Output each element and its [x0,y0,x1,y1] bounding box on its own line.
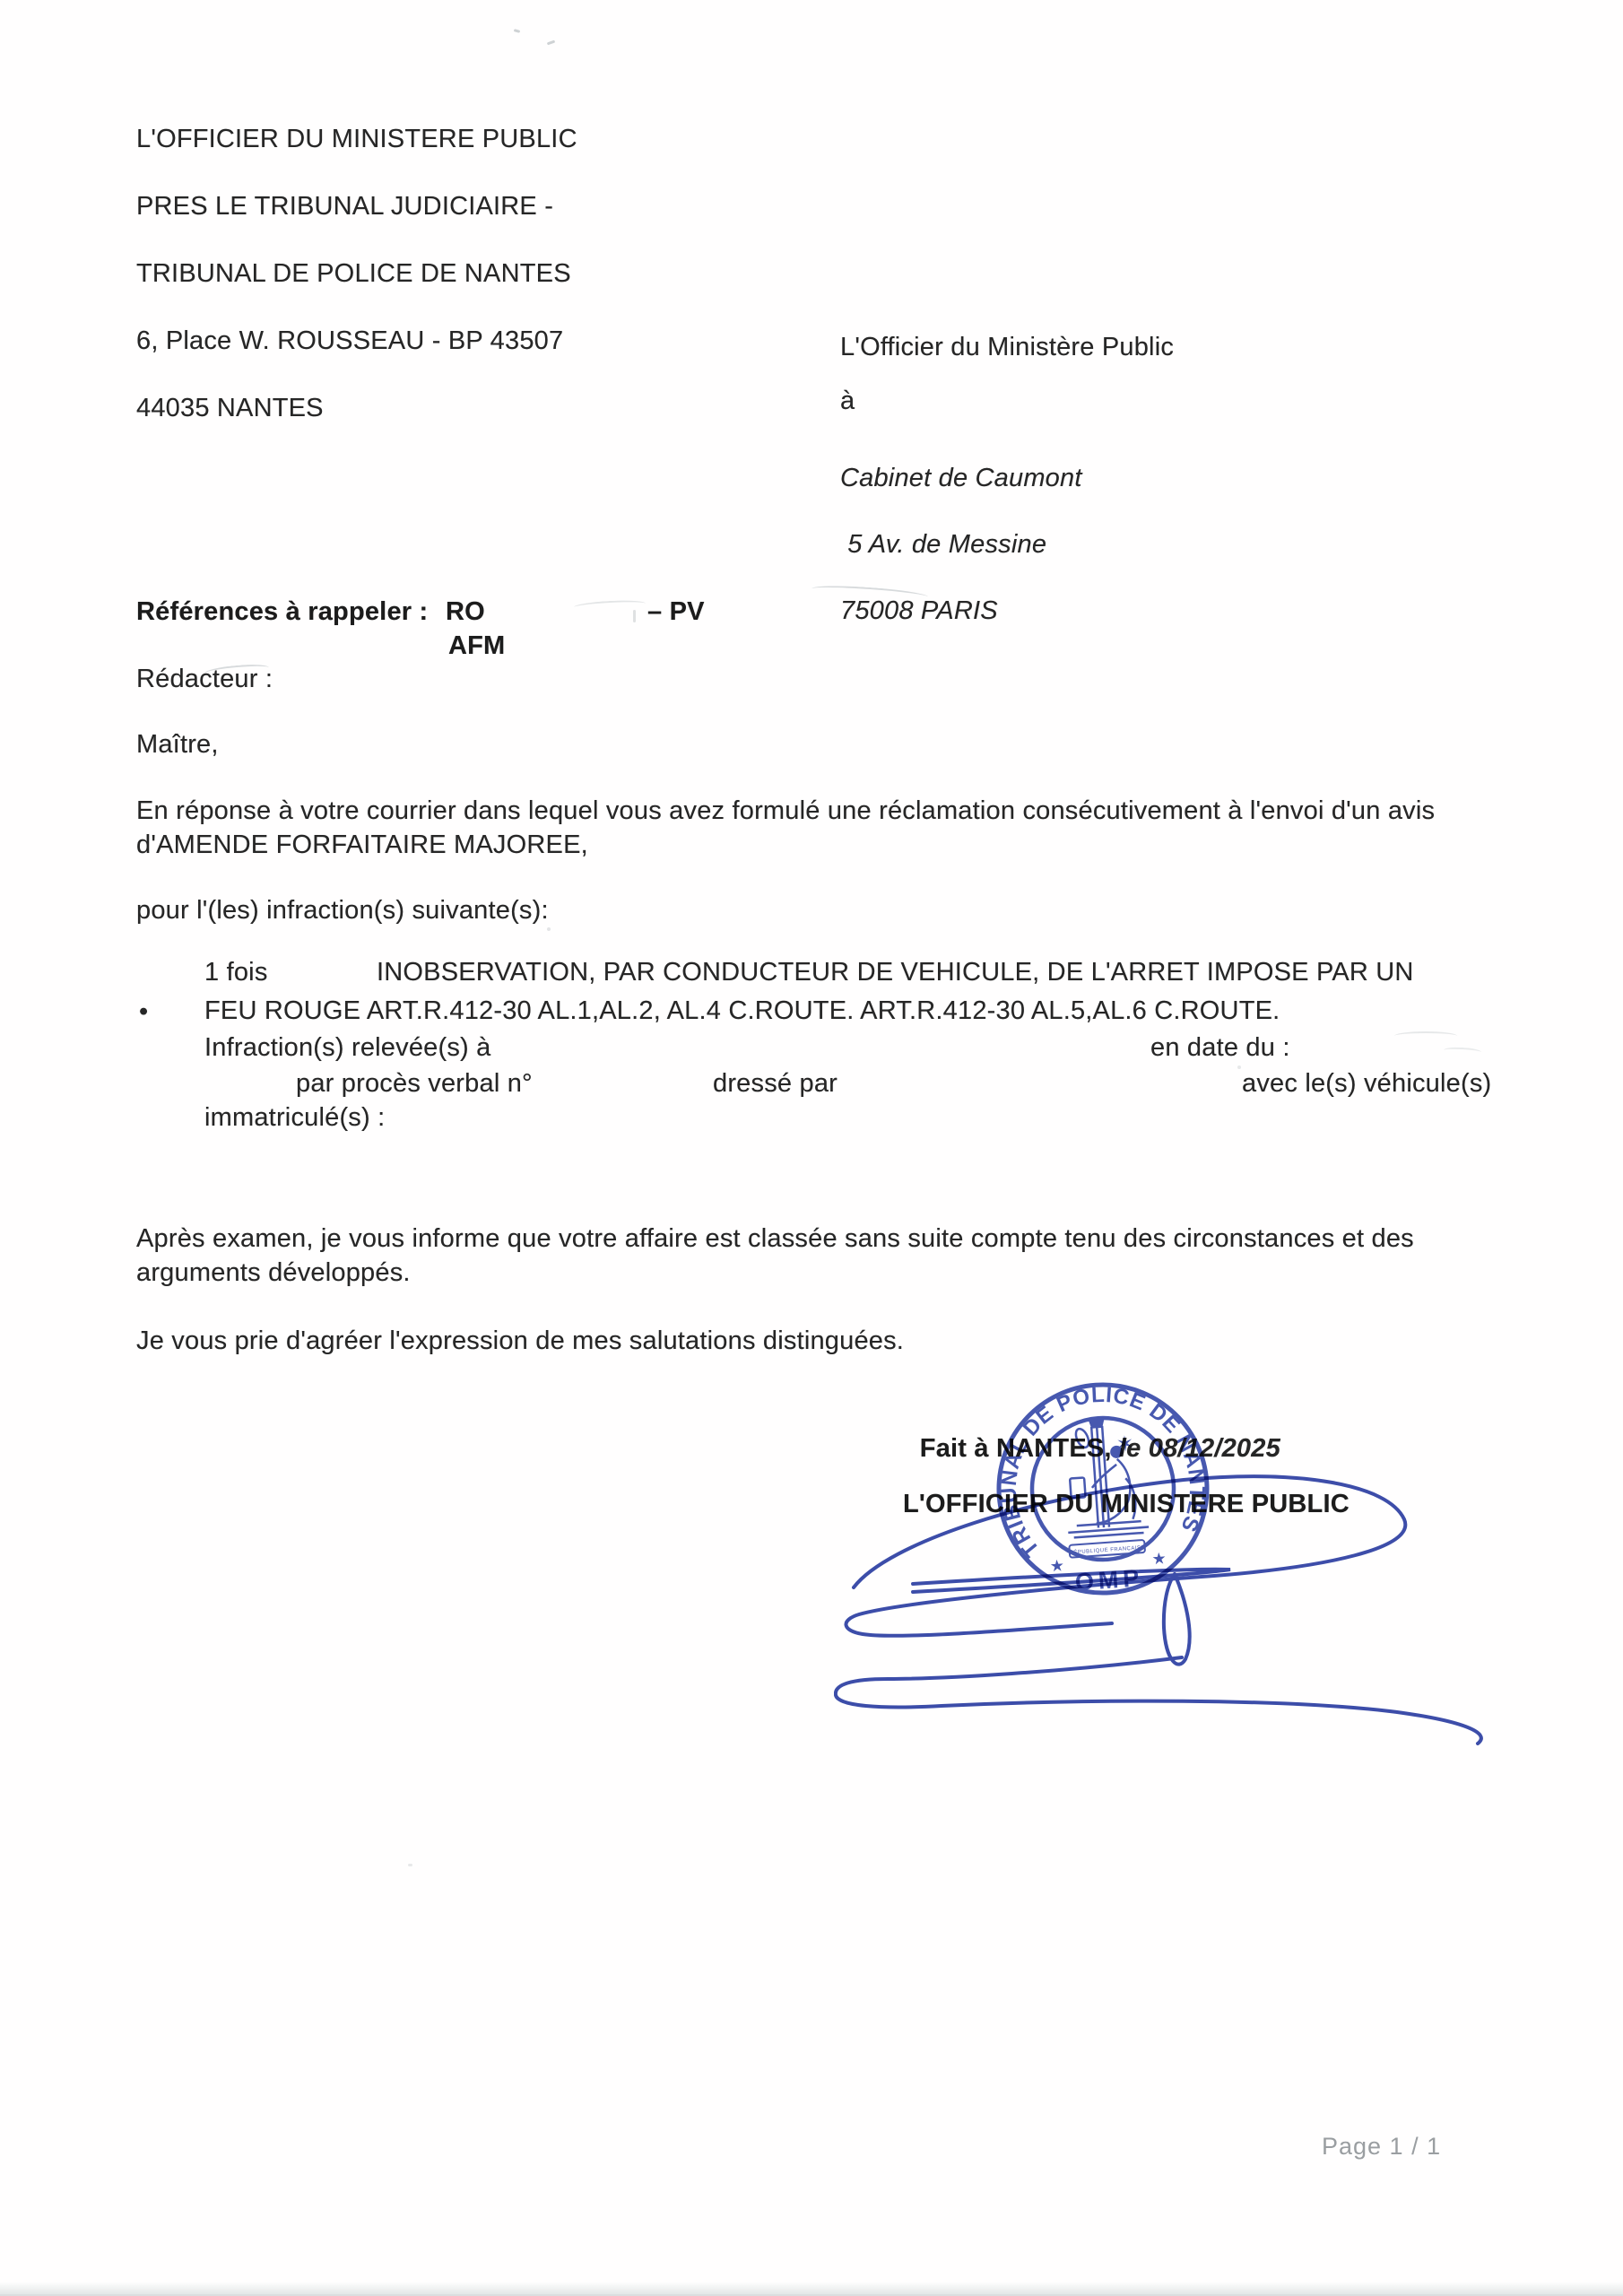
scan-speck [547,40,555,46]
infraction-line2: FEU ROUGE ART.R.412-30 AL.1,AL.2, AL.4 C… [204,996,1280,1026]
sender-line: PRES LE TRIBUNAL JUDICIAIRE - [136,189,577,224]
recipient-address-line: 5 Av. de Messine [840,527,1082,561]
paragraph-infractions-intro: pour l'(les) infraction(s) suivante(s): [136,896,549,926]
redacteur-label: Rédacteur : [136,665,273,694]
infraction-dresse-label: dressé par [713,1069,838,1099]
scan-squiggle [574,599,646,612]
infraction-vehicule-label: avec le(s) véhicule(s) [1242,1069,1491,1099]
paragraph-classement-line1: Après examen, je vous informe que votre … [136,1224,1414,1254]
infraction-pv-label: par procès verbal n° [296,1069,533,1099]
references-ro: RO [446,597,485,627]
recipient-address-line: 75008 PARIS [840,594,1082,628]
handwritten-signature [834,1417,1524,1767]
sender-address-block: L'OFFICIER DU MINISTERE PUBLIC PRES LE T… [136,90,577,458]
infraction-count: 1 fois [204,958,268,987]
scan-squiggle [1444,1047,1481,1056]
paragraph-salutations: Je vous prie d'agréer l'expression de me… [136,1326,904,1356]
signature-tail [836,1657,1481,1744]
scan-bottom-edge [0,2282,1623,2296]
scan-speck [633,610,636,622]
salutation: Maître, [136,730,219,760]
recipient-address-block: Cabinet de Caumont 5 Av. de Messine 7500… [840,429,1082,660]
references-label: Références à rappeler : [136,597,436,627]
scan-speck [408,1864,412,1866]
infraction-location-label: Infraction(s) relevée(s) à [204,1033,490,1063]
paragraph-classement-line2: arguments développés. [136,1258,411,1288]
recipient-address-line: Cabinet de Caumont [840,461,1082,495]
infraction-immatricule-label: immatriculé(s) : [204,1103,385,1133]
scan-speck [514,29,521,33]
references-afm: AFM [448,631,505,661]
scanned-letter-page: L'OFFICIER DU MINISTERE PUBLIC PRES LE T… [0,0,1623,2296]
scan-squiggle [1394,1031,1457,1040]
references-pv: – PV [647,597,705,627]
scan-speck [1237,1065,1241,1069]
sender-line: 6, Place W. ROUSSEAU - BP 43507 [136,324,577,359]
infraction-line1: INOBSERVATION, PAR CONDUCTEUR DE VEHICUL… [377,958,1414,987]
recipient-intro: L'Officier du Ministère Public [840,333,1174,362]
infraction-date-label: en date du : [1150,1033,1290,1063]
paragraph-reclamation-line1: En réponse à votre courrier dans lequel … [136,796,1435,826]
sender-line: TRIBUNAL DE POLICE DE NANTES [136,257,577,291]
scan-speck [547,927,551,931]
bullet-point: • [139,997,148,1027]
sender-line: 44035 NANTES [136,391,577,426]
signature-upper-loop [846,1476,1405,1636]
page-number: Page 1 / 1 [1322,2133,1441,2161]
sender-line: L'OFFICIER DU MINISTERE PUBLIC [136,122,577,157]
signature-spike [1164,1574,1190,1665]
recipient-particle: à [840,387,855,416]
paragraph-reclamation-line2: d'AMENDE FORFAITAIRE MAJOREE, [136,831,588,860]
